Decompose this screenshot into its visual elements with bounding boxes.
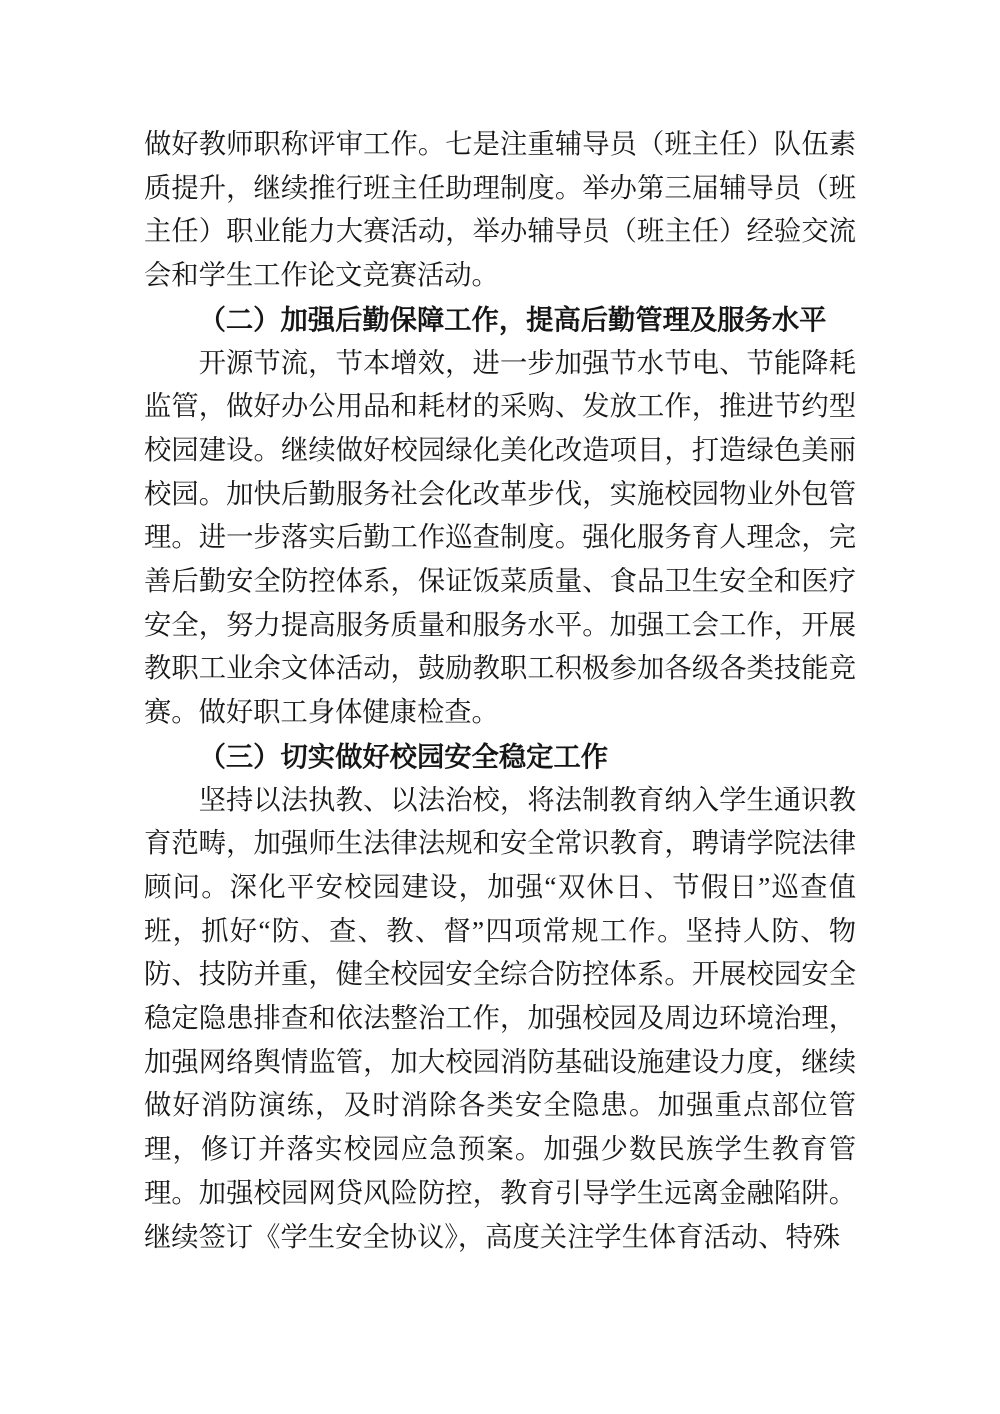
body-paragraph-logistics: 开源节流，节本增效，进一步加强节水节电、节能降耗监管，做好办公用品和耗材的采购、… — [144, 342, 856, 735]
document-page: 做好教师职称评审工作。七是注重辅导员（班主任）队伍素质提升，继续推行班主任助理制… — [0, 0, 1000, 1414]
section-heading-iii-campus-safety: （三）切实做好校园安全稳定工作 — [144, 735, 856, 779]
body-paragraph-campus-safety: 坚持以法执教、以法治校，将法制教育纳入学生通识教育范畴，加强师生法律法规和安全常… — [144, 779, 856, 1260]
section-heading-ii-logistics: （二）加强后勤保障工作，提高后勤管理及服务水平 — [144, 298, 856, 342]
continued-paragraph-teacher-evaluation: 做好教师职称评审工作。七是注重辅导员（班主任）队伍素质提升，继续推行班主任助理制… — [144, 123, 856, 298]
document-text-column: 做好教师职称评审工作。七是注重辅导员（班主任）队伍素质提升，继续推行班主任助理制… — [144, 123, 856, 1259]
